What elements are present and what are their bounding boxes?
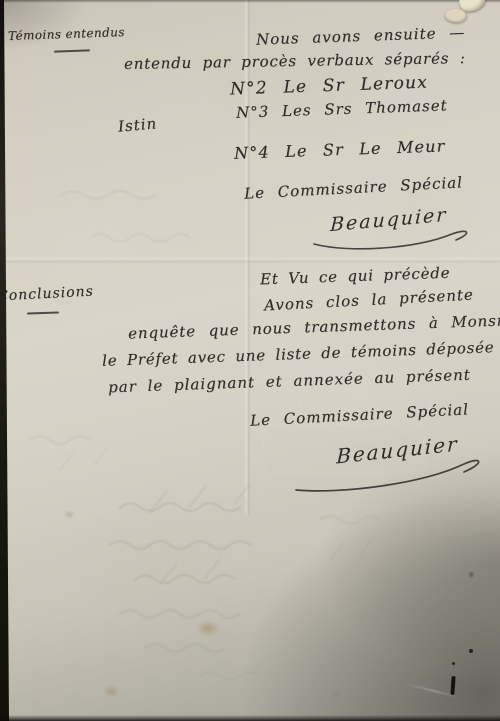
stain [330, 690, 342, 699]
ink-speck [469, 649, 473, 653]
stain [64, 510, 75, 519]
stain [103, 685, 120, 698]
signature-flourish [292, 450, 492, 496]
manuscript-line-witness-3b: Istin [117, 114, 158, 135]
manuscript-photo: Témoins entendus Conclusions Nous avons … [0, 0, 500, 721]
stain [196, 620, 220, 637]
photo-edge-bottom [0, 715, 500, 721]
paper-fragment-lobe [445, 8, 467, 23]
stain [468, 571, 475, 578]
ink-speck [452, 662, 455, 665]
photo-edge-top [0, 0, 500, 3]
signature-flourish [310, 222, 480, 256]
